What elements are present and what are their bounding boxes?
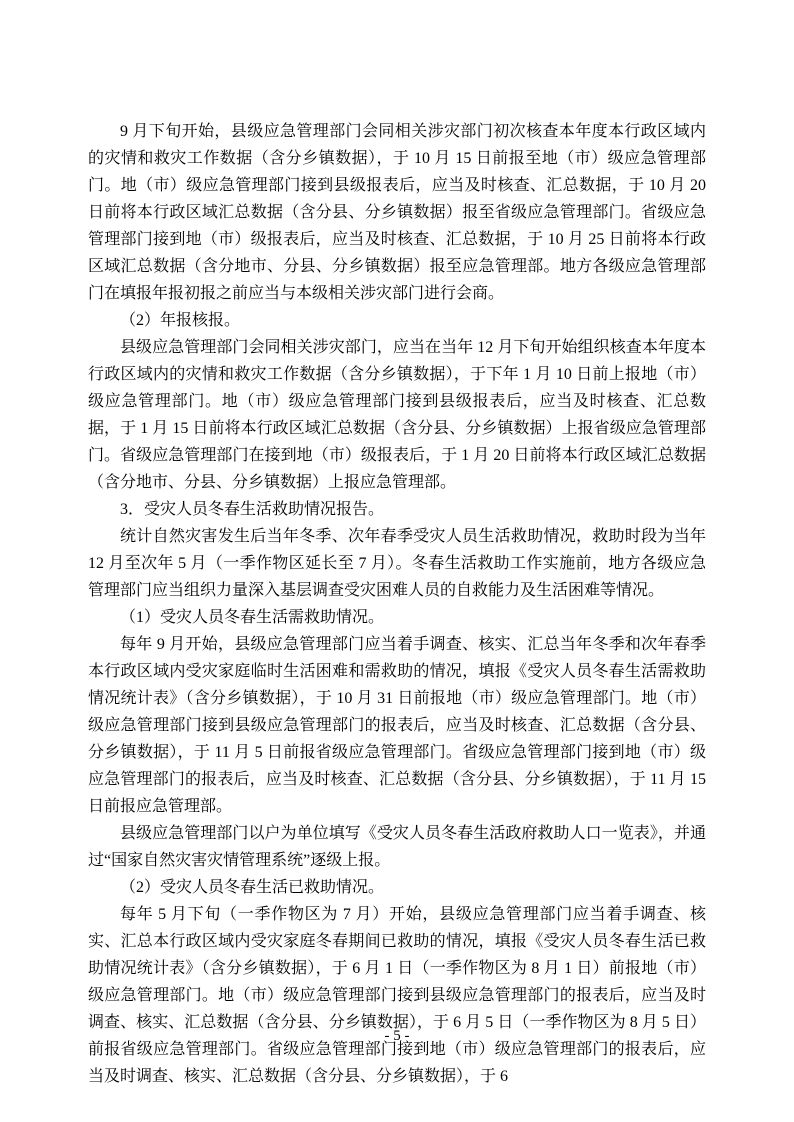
document-page: 9 月下旬开始，县级应急管理部门会同相关涉灾部门初次核查本年度本行政区域内的灾情… bbox=[0, 0, 794, 1122]
paragraph-heading: （2）受灾人员冬春生活已救助情况。 bbox=[88, 874, 706, 901]
body-text: 9 月下旬开始，县级应急管理部门会同相关涉灾部门初次核查本年度本行政区域内的灾情… bbox=[88, 118, 706, 1090]
paragraph: 统计自然灾害发生后当年冬季、次年春季受灾人员生活救助情况，救助时段为当年 12 … bbox=[88, 523, 706, 604]
page-number: - 5 - bbox=[0, 1026, 794, 1046]
paragraph-heading: （1）受灾人员冬春生活需救助情况。 bbox=[88, 604, 706, 631]
paragraph-heading: （2）年报核报。 bbox=[88, 307, 706, 334]
paragraph: 县级应急管理部门会同相关涉灾部门，应当在当年 12 月下旬开始组织核查本年度本行… bbox=[88, 334, 706, 496]
paragraph: 9 月下旬开始，县级应急管理部门会同相关涉灾部门初次核查本年度本行政区域内的灾情… bbox=[88, 118, 706, 307]
paragraph: 每年 9 月开始，县级应急管理部门应当着手调查、核实、汇总当年冬季和次年春季本行… bbox=[88, 631, 706, 820]
paragraph: 每年 5 月下旬（一季作物区为 7 月）开始，县级应急管理部门应当着手调查、核实… bbox=[88, 901, 706, 1090]
paragraph: 县级应急管理部门以户为单位填写《受灾人员冬春生活政府救助人口一览表》，并通过“国… bbox=[88, 820, 706, 874]
paragraph-heading: 3．受灾人员冬春生活救助情况报告。 bbox=[88, 496, 706, 523]
